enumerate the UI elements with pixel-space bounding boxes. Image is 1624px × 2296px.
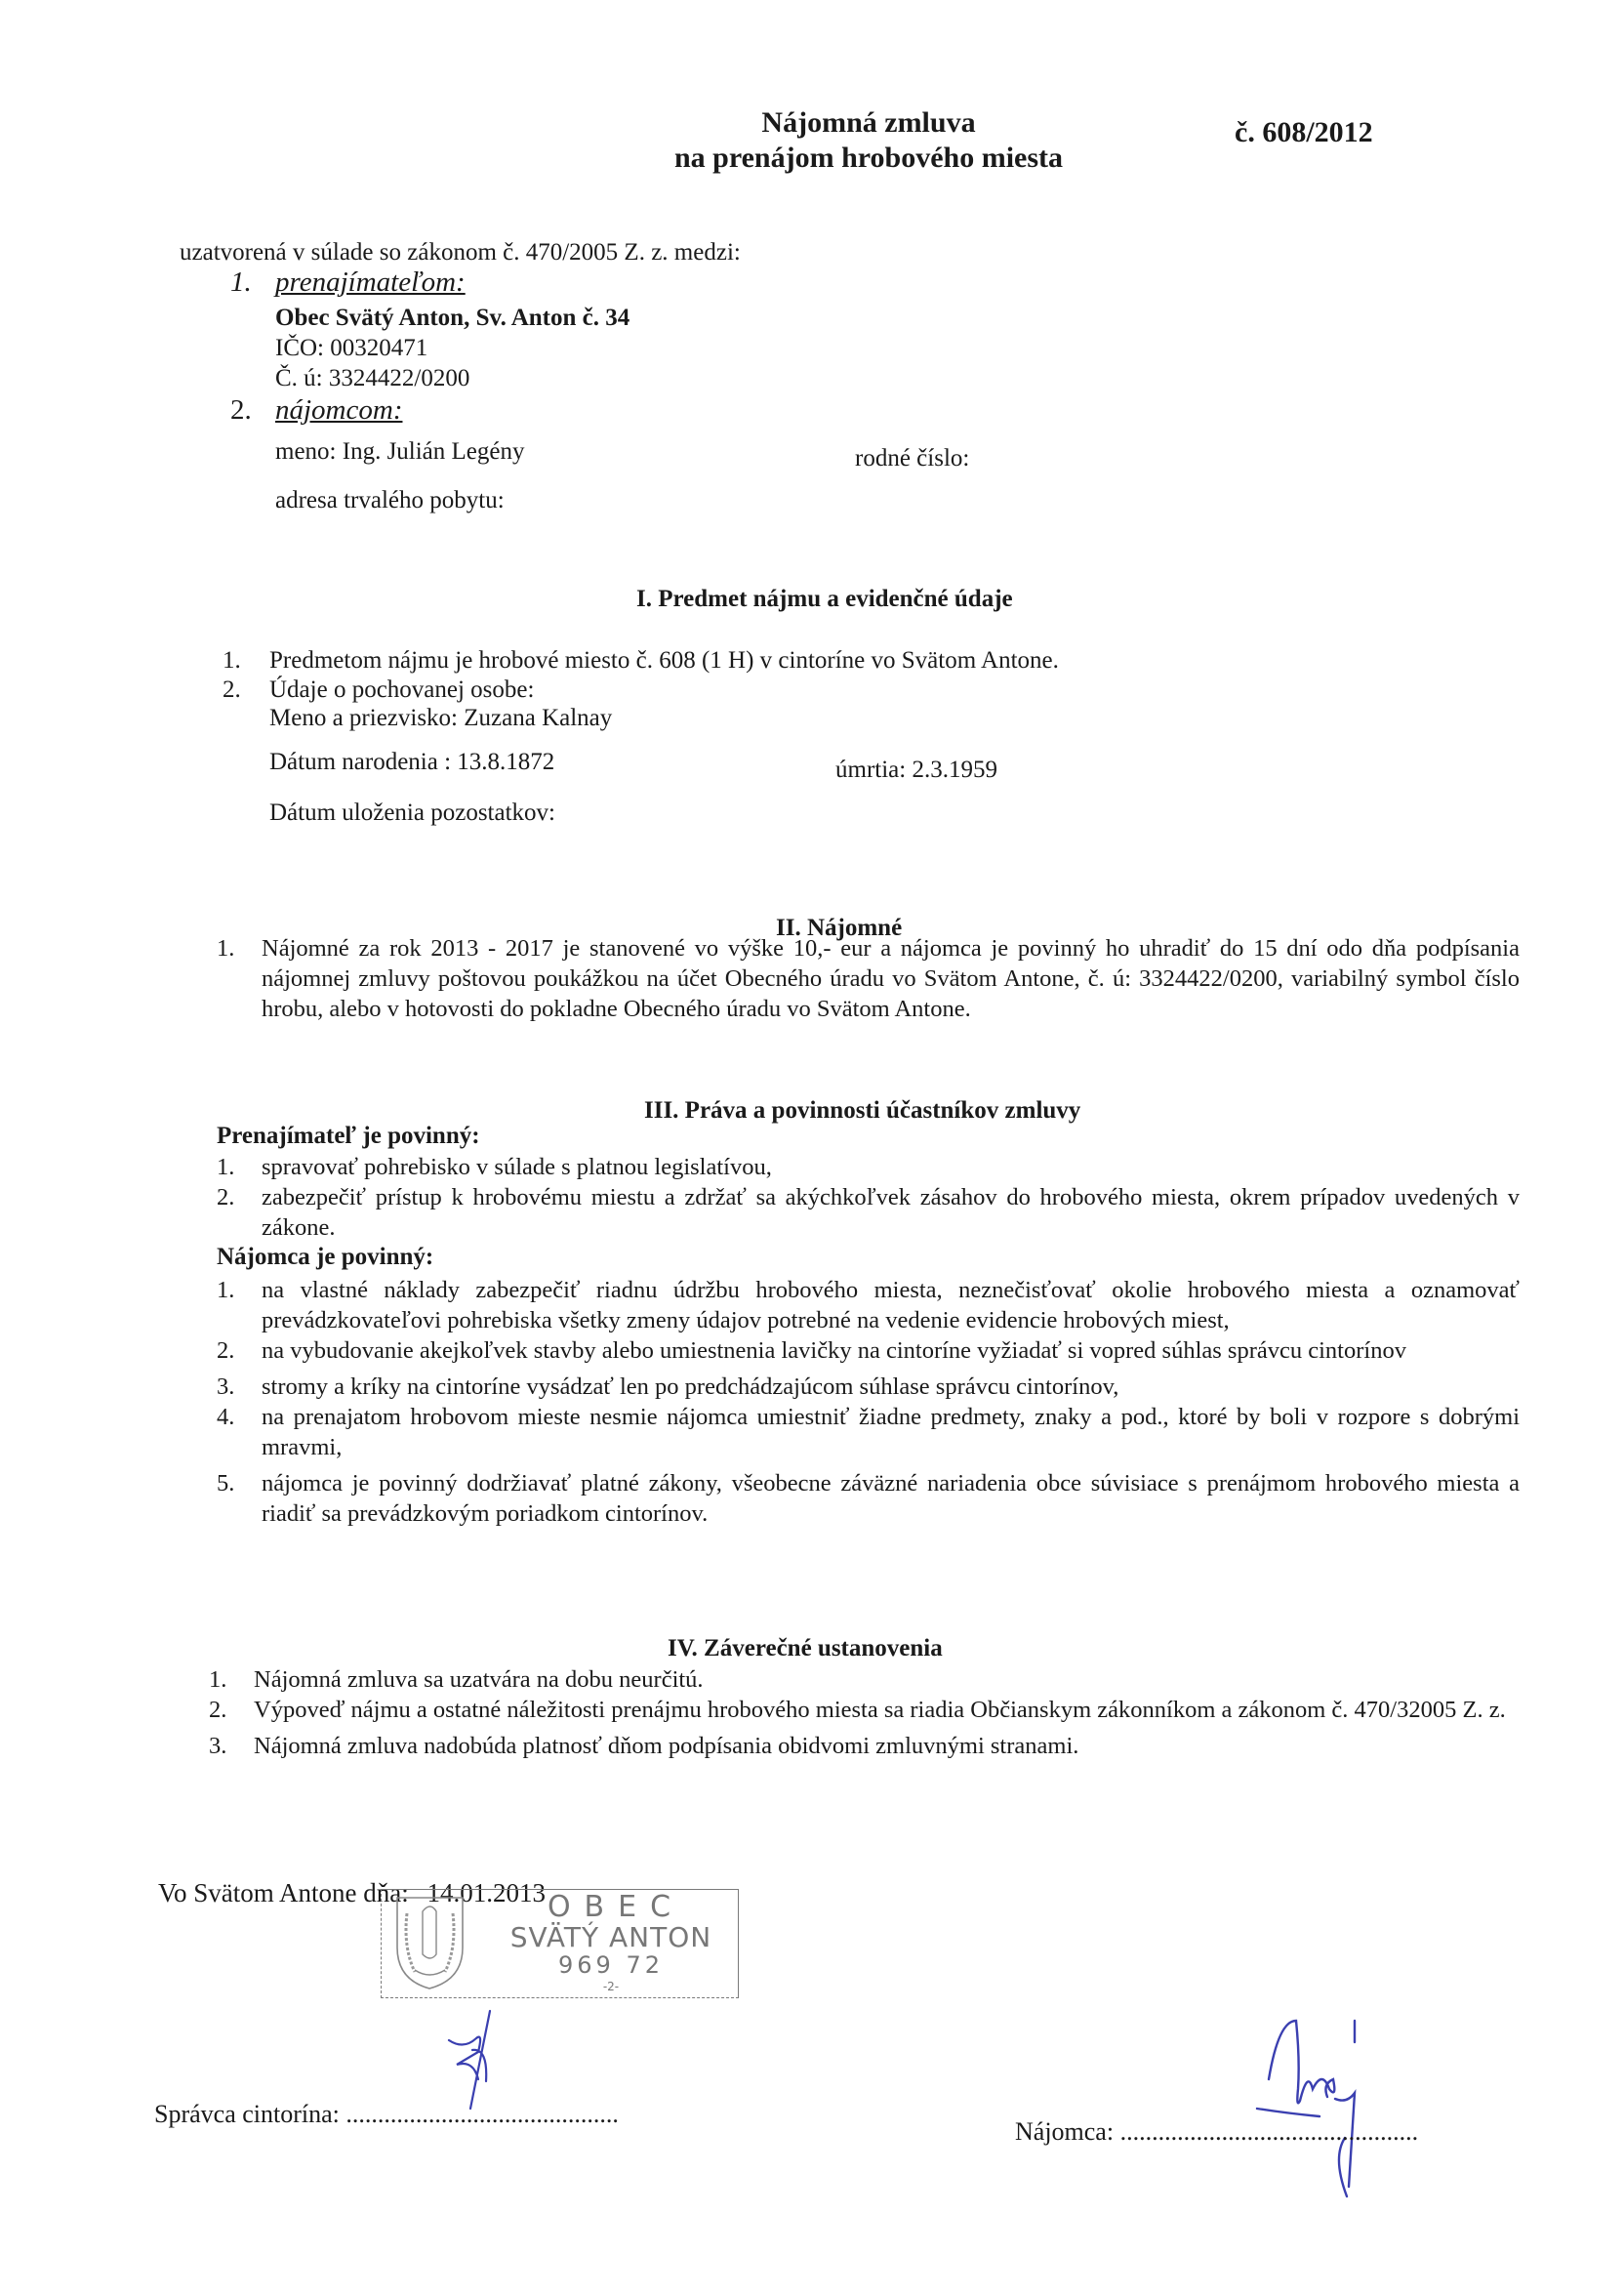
death-date: úmrtia: 2.3.1959 xyxy=(835,755,997,785)
stamp-line-4: -2- xyxy=(489,1980,733,1993)
section4-heading: IV. Záverečné ustanovenia xyxy=(668,1635,943,1662)
section1-item-1: 1.Predmetom nájmu je hrobové miesto č. 6… xyxy=(223,645,1059,676)
administrator-signature-line: Správca cintorína: .....................… xyxy=(154,2099,619,2129)
stamp-line-1: OBEC xyxy=(499,1890,733,1924)
section1-heading: I. Predmet nájmu a evidenčné údaje xyxy=(636,586,1013,613)
landlord-duty-item: 2.zabezpečiť prístup k hrobovému miestu … xyxy=(217,1182,1520,1243)
tenant-duty-item: 4.na prenajatom hrobovom mieste nesmie n… xyxy=(217,1402,1520,1462)
birth-date: Dátum narodenia : 13.8.1872 xyxy=(269,747,554,777)
section1-item-2: 2.Údaje o pochovanej osobe: xyxy=(223,675,534,705)
section4-list: 1.Nájomná zmluva sa uzatvára na dobu neu… xyxy=(209,1664,1517,1761)
tenant-signature xyxy=(1239,1991,1415,2226)
section4-item: 2.Výpoveď nájmu a ostatné náležitosti pr… xyxy=(209,1695,1517,1725)
landlord-account: Č. ú: 3324422/0200 xyxy=(275,363,469,393)
section4-item: 3.Nájomná zmluva nadobúda platnosť dňom … xyxy=(209,1731,1517,1761)
tenant-signature-line: Nájomca: ...............................… xyxy=(1015,2116,1418,2147)
tenant-duty-item: 5.nájomca je povinný dodržiavať platné z… xyxy=(217,1468,1520,1529)
stamp-line-3: 969 72 xyxy=(489,1951,733,1979)
tenant-duty-item: 1.na vlastné náklady zabezpečiť riadnu ú… xyxy=(217,1275,1520,1335)
landlord-number: 1. xyxy=(230,266,275,299)
section2-item-1: 1.Nájomné za rok 2013 - 2017 je stanoven… xyxy=(217,933,1520,1024)
tenant-number: 2. xyxy=(230,394,275,427)
tenant-name: meno: Ing. Julián Legény xyxy=(275,436,525,467)
tenant-birth-number-label: rodné číslo: xyxy=(855,443,969,473)
coat-of-arms-icon xyxy=(393,1894,467,1991)
place-date-label: Vo Svätom Antone dňa: xyxy=(158,1878,409,1907)
landlord-label: prenajímateľom: xyxy=(275,266,466,298)
tenant-address-label: adresa trvalého pobytu: xyxy=(275,485,505,515)
stamp-line-2: SVÄTÝ ANTON xyxy=(489,1921,733,1953)
landlord-ico: IČO: 00320471 xyxy=(275,333,427,363)
landlord-duties-list: 1.spravovať pohrebisko v súlade s platno… xyxy=(217,1152,1520,1243)
title-line-2: na prenájom hrobového miesta xyxy=(586,141,1152,176)
municipal-stamp: OBEC SVÄTÝ ANTON 969 72 -2- xyxy=(381,1889,739,1998)
tenant-label-row: 2.nájomcom: xyxy=(230,394,402,427)
tenant-duty-item: 2.na vybudovanie akejkoľvek stavby alebo… xyxy=(217,1335,1520,1366)
section4-item: 1.Nájomná zmluva sa uzatvára na dobu neu… xyxy=(209,1664,1517,1695)
landlord-duties-heading: Prenajímateľ je povinný: xyxy=(217,1123,480,1150)
landlord-label-row: 1.prenajímateľom: xyxy=(230,266,466,299)
parties-intro: uzatvorená v súlade so zákonom č. 470/20… xyxy=(180,237,741,267)
burial-date: Dátum uloženia pozostatkov: xyxy=(269,798,555,828)
document-title: Nájomná zmluva na prenájom hrobového mie… xyxy=(586,105,1152,176)
deceased-name: Meno a priezvisko: Zuzana Kalnay xyxy=(269,703,612,733)
section3-heading: III. Práva a povinnosti účastníkov zmluv… xyxy=(644,1097,1080,1125)
tenant-label: nájomcom: xyxy=(275,394,402,426)
landlord-name: Obec Svätý Anton, Sv. Anton č. 34 xyxy=(275,303,629,333)
contract-number: č. 608/2012 xyxy=(1235,115,1373,150)
title-line-1: Nájomná zmluva xyxy=(586,105,1152,141)
tenant-duties-list: 1.na vlastné náklady zabezpečiť riadnu ú… xyxy=(217,1275,1520,1529)
tenant-duty-item: 3.stromy a kríky na cintoríne vysádzať l… xyxy=(217,1372,1520,1402)
landlord-duty-item: 1.spravovať pohrebisko v súlade s platno… xyxy=(217,1152,1520,1182)
tenant-duties-heading: Nájomca je povinný: xyxy=(217,1244,433,1271)
